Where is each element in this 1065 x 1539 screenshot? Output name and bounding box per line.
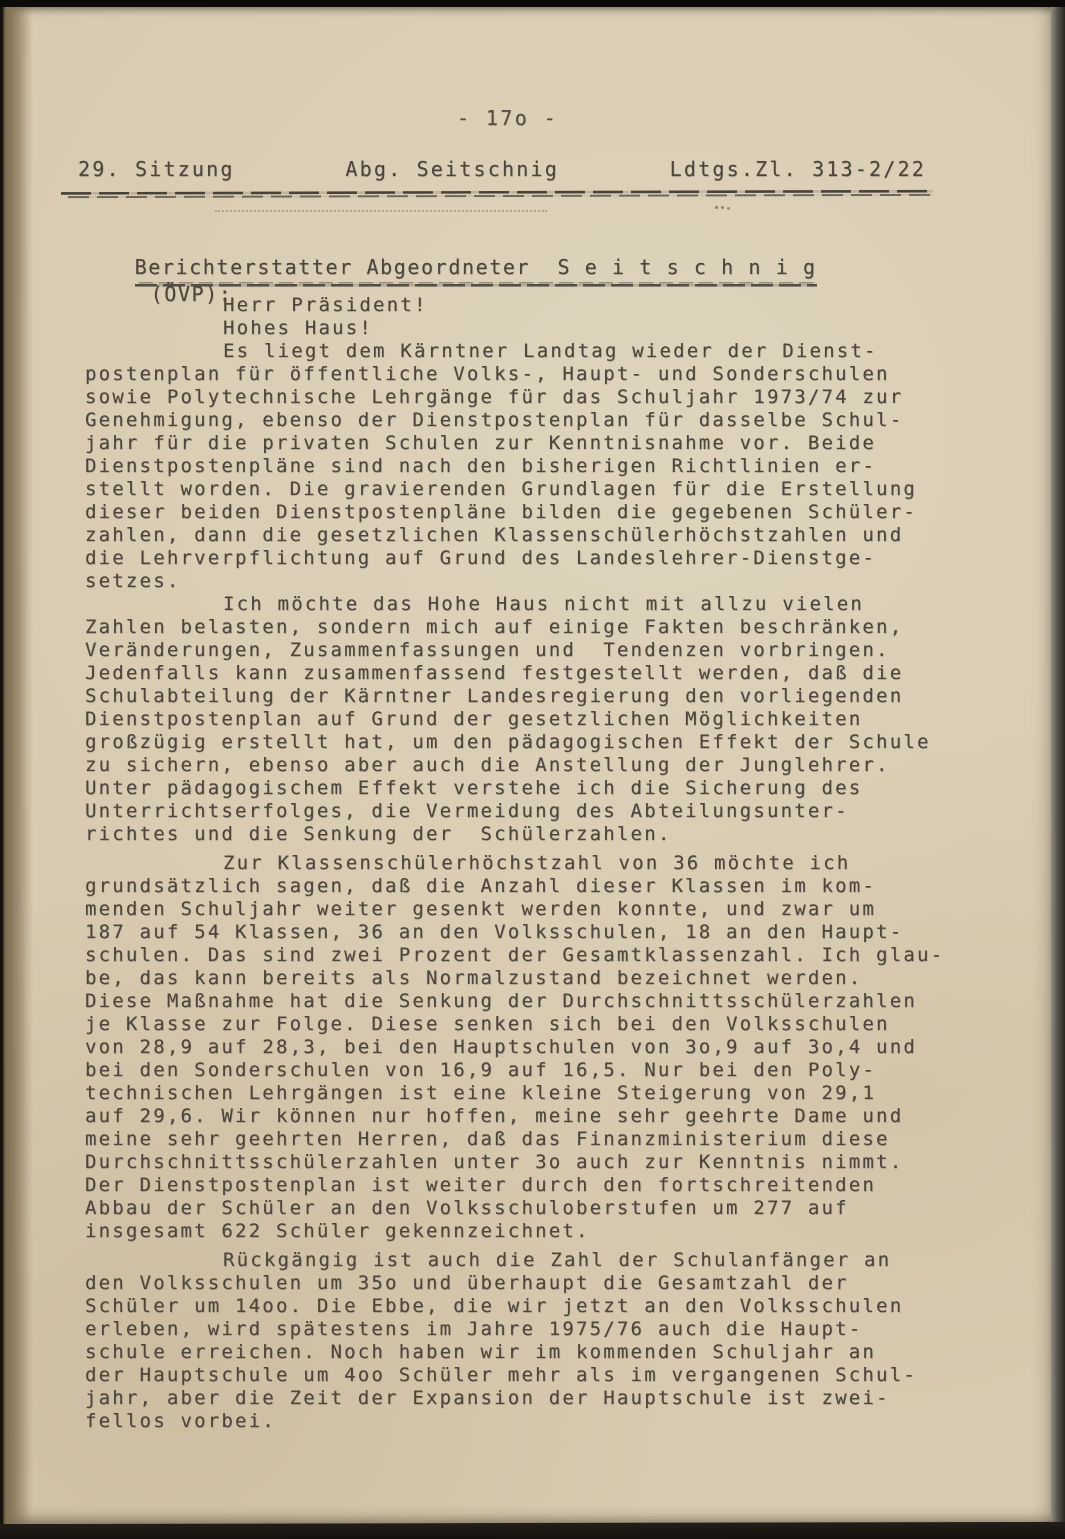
speech-line: Herr Präsident! (85, 294, 975, 317)
speech-line: dieser beiden Dienstpostenpläne bilden d… (85, 501, 975, 524)
speech-line: Durchschnittsschülerzahlen unter 3o auch… (85, 1151, 975, 1174)
speech-line: der Hauptschule um 4oo Schüler mehr als … (85, 1364, 975, 1387)
speech-line: Unterrichtserfolges, die Vermeidung des … (85, 800, 975, 823)
speech-line: Dienstpostenpläne sind nach den bisherig… (85, 455, 975, 478)
speech-line: Es liegt dem Kärntner Landtag wieder der… (85, 340, 975, 363)
reporter-name: Berichterstatter Abgeordneter S e i t s … (135, 255, 817, 287)
speech-line: großzügig erstellt hat, um den pädagogis… (85, 731, 975, 754)
paper-page: - 17o - 29. Sitzung Abg. Seitschnig Ldtg… (3, 7, 1053, 1524)
speech-line: Unter pädagogischem Effekt verstehe ich … (85, 777, 975, 800)
speech-line: Abbau der Schüler an den Volksschulobers… (85, 1197, 975, 1220)
speech-line: sowie Polytechnische Lehrgänge für das S… (85, 386, 975, 409)
session-number: 29. Sitzung (78, 157, 235, 181)
speech-line: Rückgängig ist auch die Zahl der Schulan… (85, 1249, 975, 1272)
speech-line: fellos vorbei. (85, 1410, 975, 1433)
speech-line: jahr für die privaten Schulen zur Kenntn… (85, 432, 975, 455)
speech-line: Schulabteilung der Kärntner Landesregier… (85, 685, 975, 708)
speech-line: 187 auf 54 Klassen, 36 an den Volksschul… (85, 921, 975, 944)
speech-line: bei den Sonderschulen von 16,9 auf 16,5.… (85, 1059, 975, 1082)
speech-line: zu sichern, ebenso aber auch die Anstell… (85, 754, 975, 777)
speech-line: postenplan für öffentliche Volks-, Haupt… (85, 363, 975, 386)
speech-line: jahr, aber die Zeit der Expansion der Ha… (85, 1387, 975, 1410)
speech-line: meine sehr geehrten Herren, daß das Fina… (85, 1128, 975, 1151)
speech-line: menden Schuljahr weiter gesenkt werden k… (85, 898, 975, 921)
speech-line: Dienstpostenplan auf Grund der gesetzlic… (85, 708, 975, 731)
page-number: - 17o - (85, 106, 930, 130)
speech-line: Zahlen belasten, sondern mich auf einige… (85, 616, 975, 639)
scan-page-edge-right (1051, 5, 1065, 1527)
speech-line: Hohes Haus! (85, 317, 975, 340)
speech-body: Herr Präsident!Hohes Haus!Es liegt dem K… (85, 294, 975, 1433)
speech-line: Ich möchte das Hohe Haus nicht mit allzu… (85, 593, 975, 616)
session-header: 29. Sitzung Abg. Seitschnig Ldtgs.Zl. 31… (78, 157, 926, 181)
document-reference: Ldtgs.Zl. 313-2/22 (670, 157, 926, 181)
speech-line: Diese Maßnahme hat die Senkung der Durch… (85, 990, 975, 1013)
speech-line: richtes und die Senkung der Schülerzahle… (85, 823, 975, 846)
speech-line: schule erreichen. Noch haben wir im komm… (85, 1341, 975, 1364)
speech-line: Zur Klassenschülerhöchstzahl von 36 möch… (85, 852, 975, 875)
speech-line: Der Dienstpostenplan ist weiter durch de… (85, 1174, 975, 1197)
speech-line: Jedenfalls kann zusammenfassend festgest… (85, 662, 975, 685)
speech-line: be, das kann bereits als Normalzustand b… (85, 967, 975, 990)
speech-line: Schüler um 14oo. Die Ebbe, die wir jetzt… (85, 1295, 975, 1318)
scan-border-bottom (0, 1522, 1065, 1539)
scan-background: { "page_number": "- 17o -", "header": { … (0, 0, 1065, 1539)
speech-line: schulen. Das sind zwei Prozent der Gesam… (85, 944, 975, 967)
scan-artifact-dots (715, 206, 718, 209)
speech-line: den Volksschulen um 35o und überhaupt di… (85, 1272, 975, 1295)
speech-line: insgesamt 622 Schüler gekennzeichnet. (85, 1220, 975, 1243)
speech-line: Genehmigung, ebenso der Dienstpostenplan… (85, 409, 975, 432)
speech-line: technischen Lehrgängen ist eine kleine S… (85, 1082, 975, 1105)
faint-dotted-line (215, 210, 547, 212)
speech-line: setzes. (85, 570, 975, 593)
speech-line: auf 29,6. Wir können nur hoffen, meine s… (85, 1105, 975, 1128)
speaker-name-header: Abg. Seitschnig (345, 157, 559, 181)
speech-line: zahlen, dann die gesetzlichen Klassensch… (85, 524, 975, 547)
speech-line: die Lehrverpflichtung auf Grund des Land… (85, 547, 975, 570)
scan-border-top (0, 0, 1065, 7)
speech-line: erleben, wird spätestens im Jahre 1975/7… (85, 1318, 975, 1341)
header-rule-line (61, 190, 933, 199)
speech-line: von 28,9 auf 28,3, bei den Hauptschulen … (85, 1036, 975, 1059)
speech-line: stellt worden. Die gravierenden Grundlag… (85, 478, 975, 501)
speech-line: Veränderungen, Zusammenfassungen und Ten… (85, 639, 975, 662)
speech-line: je Klasse zur Folge. Diese senken sich b… (85, 1013, 975, 1036)
speech-line: grundsätzlich sagen, daß die Anzahl dies… (85, 875, 975, 898)
